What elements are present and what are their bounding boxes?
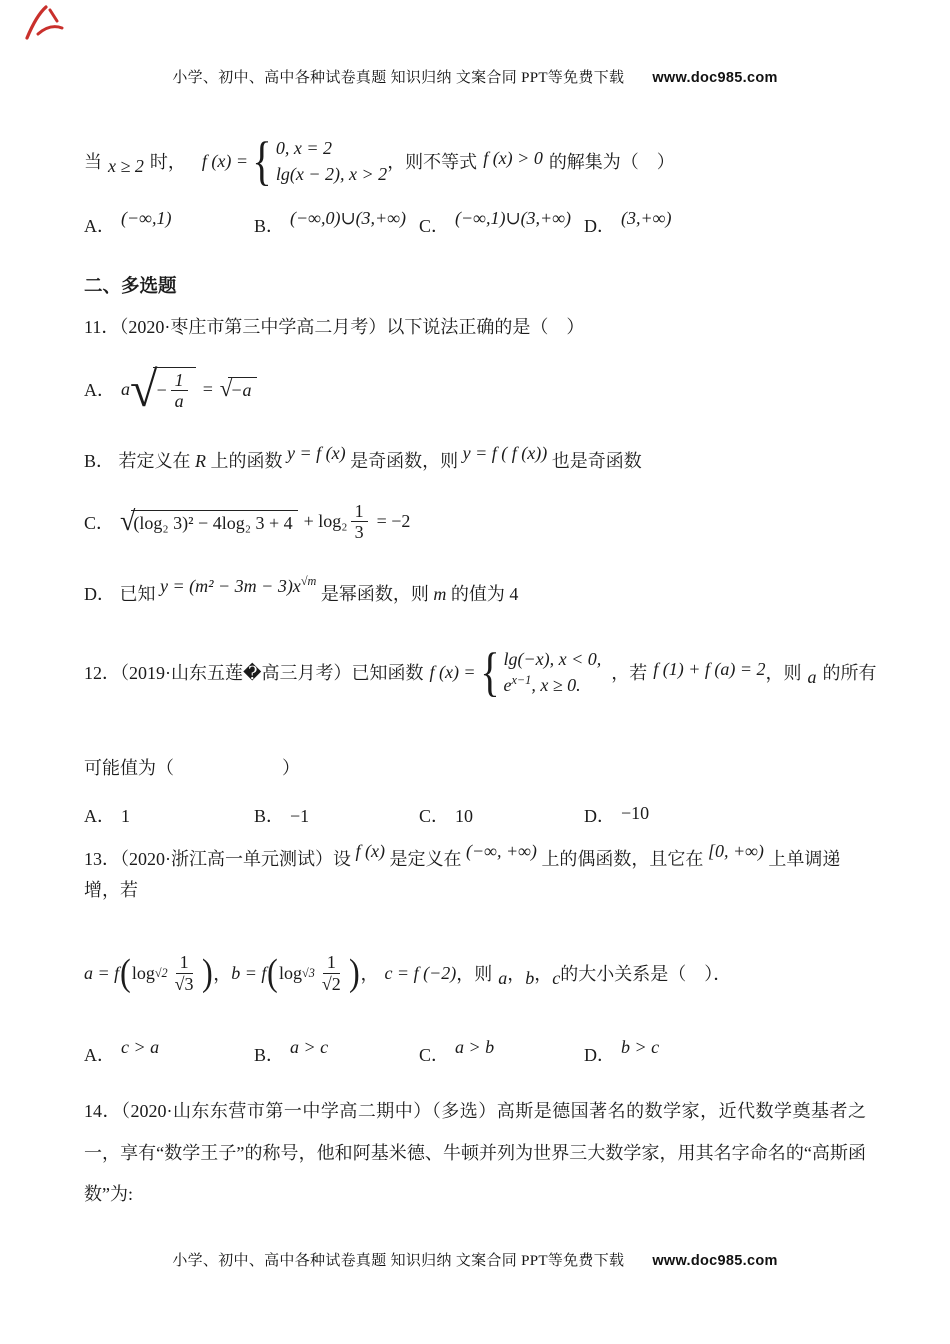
q13-option-b: B． a > c [254, 1041, 419, 1067]
q10-case-1: 0, x = 2 [276, 137, 387, 160]
formula: f (x) [356, 836, 385, 867]
radical: √ (log₂ 3)² − 4log₂ 3 + 4 [120, 509, 298, 534]
log-label: log [132, 963, 155, 984]
page-footer: 小学、初中、高中各种试卷真题 知识归纳 文案合同 PPT等免费下载www.doc… [0, 1249, 950, 1270]
q10-function: f (x) = [202, 151, 248, 172]
denominator: a [171, 391, 188, 412]
option-label: D． [584, 212, 615, 238]
option-value: 10 [455, 806, 473, 827]
option-label: C． [419, 802, 449, 828]
q12-cases: lg(−x), x < 0, ex−1, x ≥ 0. [504, 648, 602, 697]
equals-sign: = [202, 379, 214, 400]
option-value: (−∞,1) [121, 208, 171, 229]
q13-options: A． c > a B． a > c C． a > b D． b > c [84, 1041, 866, 1067]
comma: ， [507, 960, 525, 986]
q10-option-c: C． (−∞,1)∪(3,+∞) [419, 212, 584, 238]
text: 的大小关系是（ ）． [560, 960, 731, 986]
q12-variable-a: a [808, 667, 817, 688]
q10-post2: 的解集为（ ） [549, 148, 675, 174]
option-label: C． [419, 212, 449, 238]
numerator: 1 [176, 952, 193, 974]
q10-mid: 时， [150, 148, 186, 174]
big-paren-close: ) [349, 958, 360, 988]
variable-a: a [498, 968, 507, 989]
q12-post2: ，则 [766, 659, 802, 685]
document-body: 当 x ≥ 2 时， f (x) = { 0, x = 2 lg(x − 2),… [0, 137, 950, 1215]
radical: √ − 1 a [130, 367, 196, 412]
exponent: x−1 [512, 673, 532, 687]
q11-option-d: D． 已知 y = (m² − 3m − 3)x√m 是幂函数，则 m 的值为 … [84, 579, 866, 610]
fraction: 1 a [171, 370, 188, 412]
q14-stem: 14．（2020·山东东营市第一中学高二期中）（多选）高斯是德国著名的数学家，近… [84, 1091, 866, 1215]
plus-log-term: + log₂ [304, 511, 348, 532]
q11-option-a: A． a √ − 1 a = √ −a [84, 356, 866, 422]
q12-option-d: D． −10 [584, 802, 649, 828]
q12-option-c: C． 10 [419, 802, 584, 828]
text: 已知 [120, 584, 156, 604]
option-label: D． [84, 584, 115, 604]
q12-post1: ，若 [611, 659, 647, 685]
footer-text: 小学、初中、高中各种试卷真题 知识归纳 文案合同 PPT等免费下载 [172, 1253, 624, 1269]
text: 上的函数 [211, 451, 283, 471]
option-value: b > c [621, 1037, 659, 1058]
big-paren-close: ) [202, 958, 213, 988]
log-base: √2 [155, 966, 168, 981]
q10-option-a: A． (−∞,1) [84, 212, 254, 238]
numerator: 1 [171, 370, 188, 392]
variable-c: c [552, 968, 560, 989]
text: 上的偶函数，且它在 [541, 849, 703, 869]
q10-option-d: D． (3,+∞) [584, 212, 671, 238]
formula-c: c = f (−2) [384, 963, 456, 984]
option-value: a > b [455, 1037, 494, 1058]
q13-option-a: A． c > a [84, 1041, 254, 1067]
option-value: 1 [121, 806, 130, 827]
big-paren-open: ( [120, 958, 131, 988]
q12-option-b: B． −1 [254, 802, 419, 828]
footer-site-link[interactable]: www.doc985.com [652, 1253, 777, 1269]
radical: √ −a [220, 377, 257, 401]
option-label: B． [84, 451, 114, 471]
text: 是奇函数，则 [350, 451, 458, 471]
text: 是定义在 [389, 849, 461, 869]
section-title: 二、多选题 [84, 272, 866, 298]
q10-cases: 0, x = 2 lg(x − 2), x > 2 [276, 137, 387, 185]
q13-stem: 13．（2020·浙江高一单元测试）设 f (x) 是定义在 (−∞, +∞) … [84, 844, 866, 905]
q11-option-c: C． √ (log₂ 3)² − 4log₂ 3 + 4 + log₂ 1 3 … [84, 491, 866, 553]
variable-m: m [433, 584, 446, 604]
option-label: C． [84, 509, 114, 535]
q12-post3: 的所有 [823, 659, 877, 685]
q10-stem: 当 x ≥ 2 时， f (x) = { 0, x = 2 lg(x − 2),… [84, 137, 866, 186]
formula: y = (m² − 3m − 3)x√m [160, 571, 316, 602]
option-value: c > a [121, 1037, 159, 1058]
radical-body: (log₂ 3)² − 4log₂ 3 + 4 [131, 510, 297, 534]
fraction: 1 3 [351, 501, 368, 543]
comma: ， [360, 960, 378, 986]
q10-option-b: B． (−∞,0)∪(3,+∞) [254, 212, 419, 238]
variable-b: b [525, 968, 534, 989]
formula-b: b = f [231, 963, 266, 984]
minus-sign: − [155, 380, 167, 401]
log-base: √3 [302, 966, 315, 981]
q12-text: 12．（2019·山东五莲�高三月考）已知函数 [84, 659, 423, 685]
option-label: A． [84, 802, 115, 828]
option-label: A． [84, 1041, 115, 1067]
page-header: 小学、初中、高中各种试卷真题 知识归纳 文案合同 PPT等免费下载www.doc… [0, 0, 950, 87]
option-label: D． [584, 802, 615, 828]
q13-option-d: D． b > c [584, 1041, 659, 1067]
set-symbol: R [195, 451, 206, 471]
denominator: √3 [171, 974, 198, 995]
option-value: (3,+∞) [621, 208, 671, 229]
option-value: −1 [290, 806, 309, 827]
q12-case-1: lg(−x), x < 0, [504, 648, 602, 671]
exponent: √m [301, 574, 317, 588]
formula: y = f (x) [287, 438, 346, 469]
q10-post1: ，则不等式 [387, 148, 477, 174]
option-value: (−∞,0)∪(3,+∞) [290, 208, 406, 229]
interval: [0, +∞) [708, 836, 764, 867]
q11-option-b: B． 若定义在 R 上的函数 y = f (x) 是奇函数，则 y = f ( … [84, 446, 866, 477]
q13-option-c: C． a > b [419, 1041, 584, 1067]
q12-stem: 12．（2019·山东五莲�高三月考）已知函数 f (x) = { lg(−x)… [84, 631, 866, 713]
q12-options: A． 1 B． −1 C． 10 D． −10 [84, 802, 866, 828]
big-paren-open: ( [267, 958, 278, 988]
text: 是幂函数，则 [321, 584, 429, 604]
denominator: 3 [351, 522, 368, 543]
red-pen-marks [20, 2, 68, 48]
comma: ， [534, 960, 552, 986]
option-label: C． [419, 1041, 449, 1067]
q12-case-2: ex−1, x ≥ 0. [504, 673, 602, 697]
q13-formula: a = f ( log√2 1 √3 ) ， b = f ( log√3 1 √… [84, 935, 866, 1011]
option-value: a > c [290, 1037, 328, 1058]
numerator: 1 [351, 501, 368, 523]
q12-option-a: A． 1 [84, 802, 254, 828]
piecewise-brace: { [480, 648, 499, 697]
option-value: −10 [621, 803, 649, 824]
q10-pre: 当 [84, 148, 102, 174]
formula-a: a = f [84, 963, 119, 984]
comma: ， [213, 960, 231, 986]
formula: y = f ( f (x)) [463, 438, 548, 469]
numerator: 1 [323, 952, 340, 974]
text: 若定义在 [119, 451, 191, 471]
header-text: 小学、初中、高中各种试卷真题 知识归纳 文案合同 PPT等免费下载 [172, 70, 624, 86]
q12-equation: f (1) + f (a) = 2 [653, 659, 765, 680]
denominator: √2 [318, 974, 345, 995]
text: 也是奇函数 [552, 451, 642, 471]
radical-body: −a [228, 377, 256, 401]
header-site-link[interactable]: www.doc985.com [652, 70, 777, 86]
text: 的值为 4 [451, 584, 519, 604]
fraction: 1 √3 [171, 952, 198, 994]
equals-value: = −2 [377, 511, 411, 532]
piecewise-brace: { [252, 137, 271, 186]
q10-case-2: lg(x − 2), x > 2 [276, 163, 387, 186]
q12-function: f (x) = [429, 662, 475, 683]
coefficient: a [121, 379, 130, 400]
text: ，则 [456, 960, 492, 986]
option-label: A． [84, 376, 115, 402]
log-label: log [279, 963, 302, 984]
option-label: B． [254, 1041, 284, 1067]
fraction: 1 √2 [318, 952, 345, 994]
text: 13．（2020·浙江高一单元测试）设 [84, 849, 351, 869]
q10-condition: x ≥ 2 [108, 156, 144, 177]
option-label: A． [84, 212, 115, 238]
option-value: (−∞,1)∪(3,+∞) [455, 208, 571, 229]
q10-inequality: f (x) > 0 [483, 148, 543, 169]
option-label: D． [584, 1041, 615, 1067]
interval: (−∞, +∞) [466, 836, 537, 867]
q12-line2: 可能值为（ ） [84, 753, 866, 784]
option-label: B． [254, 212, 284, 238]
option-label: B． [254, 802, 284, 828]
radical-body: − 1 a [153, 367, 195, 412]
q10-options: A． (−∞,1) B． (−∞,0)∪(3,+∞) C． (−∞,1)∪(3,… [84, 212, 866, 238]
q11-stem: 11．（2020·枣庄市第三中学高二月考）以下说法正确的是（ ） [84, 312, 866, 343]
